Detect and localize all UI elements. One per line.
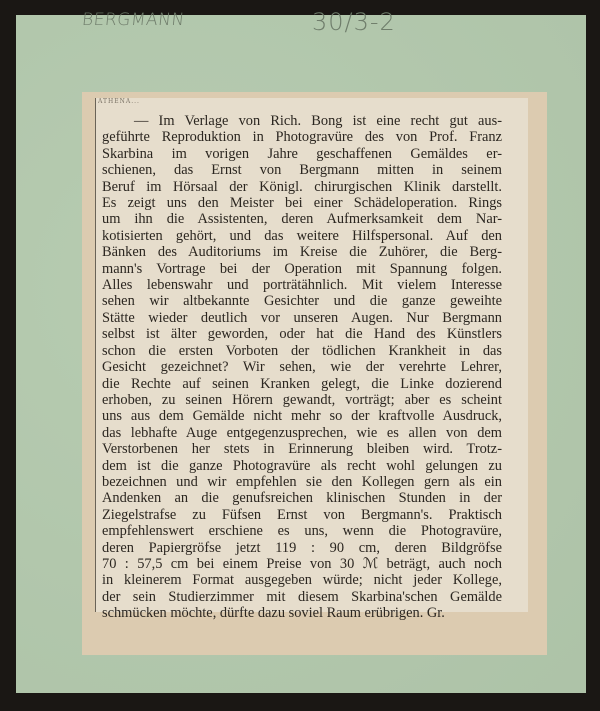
- article-line: uns aus dem Gemälde nicht mehr so der kr…: [102, 408, 502, 424]
- article-line: Alles lebenswahr und porträtähnlich. Mit…: [102, 277, 502, 293]
- article-line: schienen, das Ernst von Bergmann mitten …: [102, 162, 502, 178]
- article-line: die Rechte auf seinen Kranken gelegt, di…: [102, 376, 502, 392]
- article-line: schon die ersten Vorboten der tödlichen …: [102, 343, 502, 359]
- article-line: selbst ist älter geworden, oder hat die …: [102, 326, 502, 342]
- article-line: — Im Verlage von Rich. Bong ist eine rec…: [102, 113, 502, 129]
- article-line: Ziegelstrafse zu Füfsen Ernst von Bergma…: [102, 507, 502, 523]
- pencil-annotation-name: BERGMANN: [81, 10, 186, 30]
- article-line: sehen wir altbekannte Gesichter und die …: [102, 293, 502, 309]
- article-line: kotisierten gehört, und das weitere Hilf…: [102, 228, 502, 244]
- article-line: in kleinerem Format ausgegeben würde; ni…: [102, 572, 502, 588]
- article-line: das lebhafte Auge entgegenzusprechen, wi…: [102, 425, 502, 441]
- article-line: erhoben, zu seinen Hörern gewandt, vortr…: [102, 392, 502, 408]
- article-text: — Im Verlage von Rich. Bong ist eine rec…: [102, 113, 502, 622]
- article-line: der sein Studierzimmer mit diesem Skarbi…: [102, 589, 502, 605]
- article-line: Bänken des Auditoriums im Kreise die Zuh…: [102, 244, 502, 260]
- article-line: schmücken möchte, dürfte dazu soviel Rau…: [102, 605, 502, 621]
- article-line: mann's Vortrage bei der Operation mit Sp…: [102, 261, 502, 277]
- pencil-annotation-catalog-code: 30/3-2: [312, 8, 396, 36]
- article-line: Gesicht gezeichnet? Wir sehen, wie der v…: [102, 359, 502, 375]
- article-line: empfehlenswert erschiene es uns, wenn di…: [102, 523, 502, 539]
- article-line: dem ist die ganze Photogravüre als recht…: [102, 458, 502, 474]
- article-line: Verstorbenen her stets in Erinnerung ble…: [102, 441, 502, 457]
- article-line: deren Papiergröfse jetzt 119 : 90 cm, de…: [102, 540, 502, 556]
- article-line: geführte Reproduktion in Photogravüre de…: [102, 129, 502, 145]
- article-line: Es zeigt uns den Meister bei einer Schäd…: [102, 195, 502, 211]
- article-line: Beruf im Hörsaal der Königl. chirurgisch…: [102, 179, 502, 195]
- article-line: Andenken an die genufsreichen klinischen…: [102, 490, 502, 506]
- article-line: Stätte wieder deutlich vor unseren Augen…: [102, 310, 502, 326]
- article-line: um ihn die Assistenten, deren Aufmerksam…: [102, 211, 502, 227]
- article-line: bezeichnen und wir empfehlen sie den Kol…: [102, 474, 502, 490]
- clipping-cut-header: ATHENA...: [98, 98, 384, 106]
- article-line: Skarbina im vorigen Jahre geschaffenen G…: [102, 146, 502, 162]
- article-line: 70 : 57,5 cm bei einem Preise von 30 ℳ b…: [102, 556, 502, 572]
